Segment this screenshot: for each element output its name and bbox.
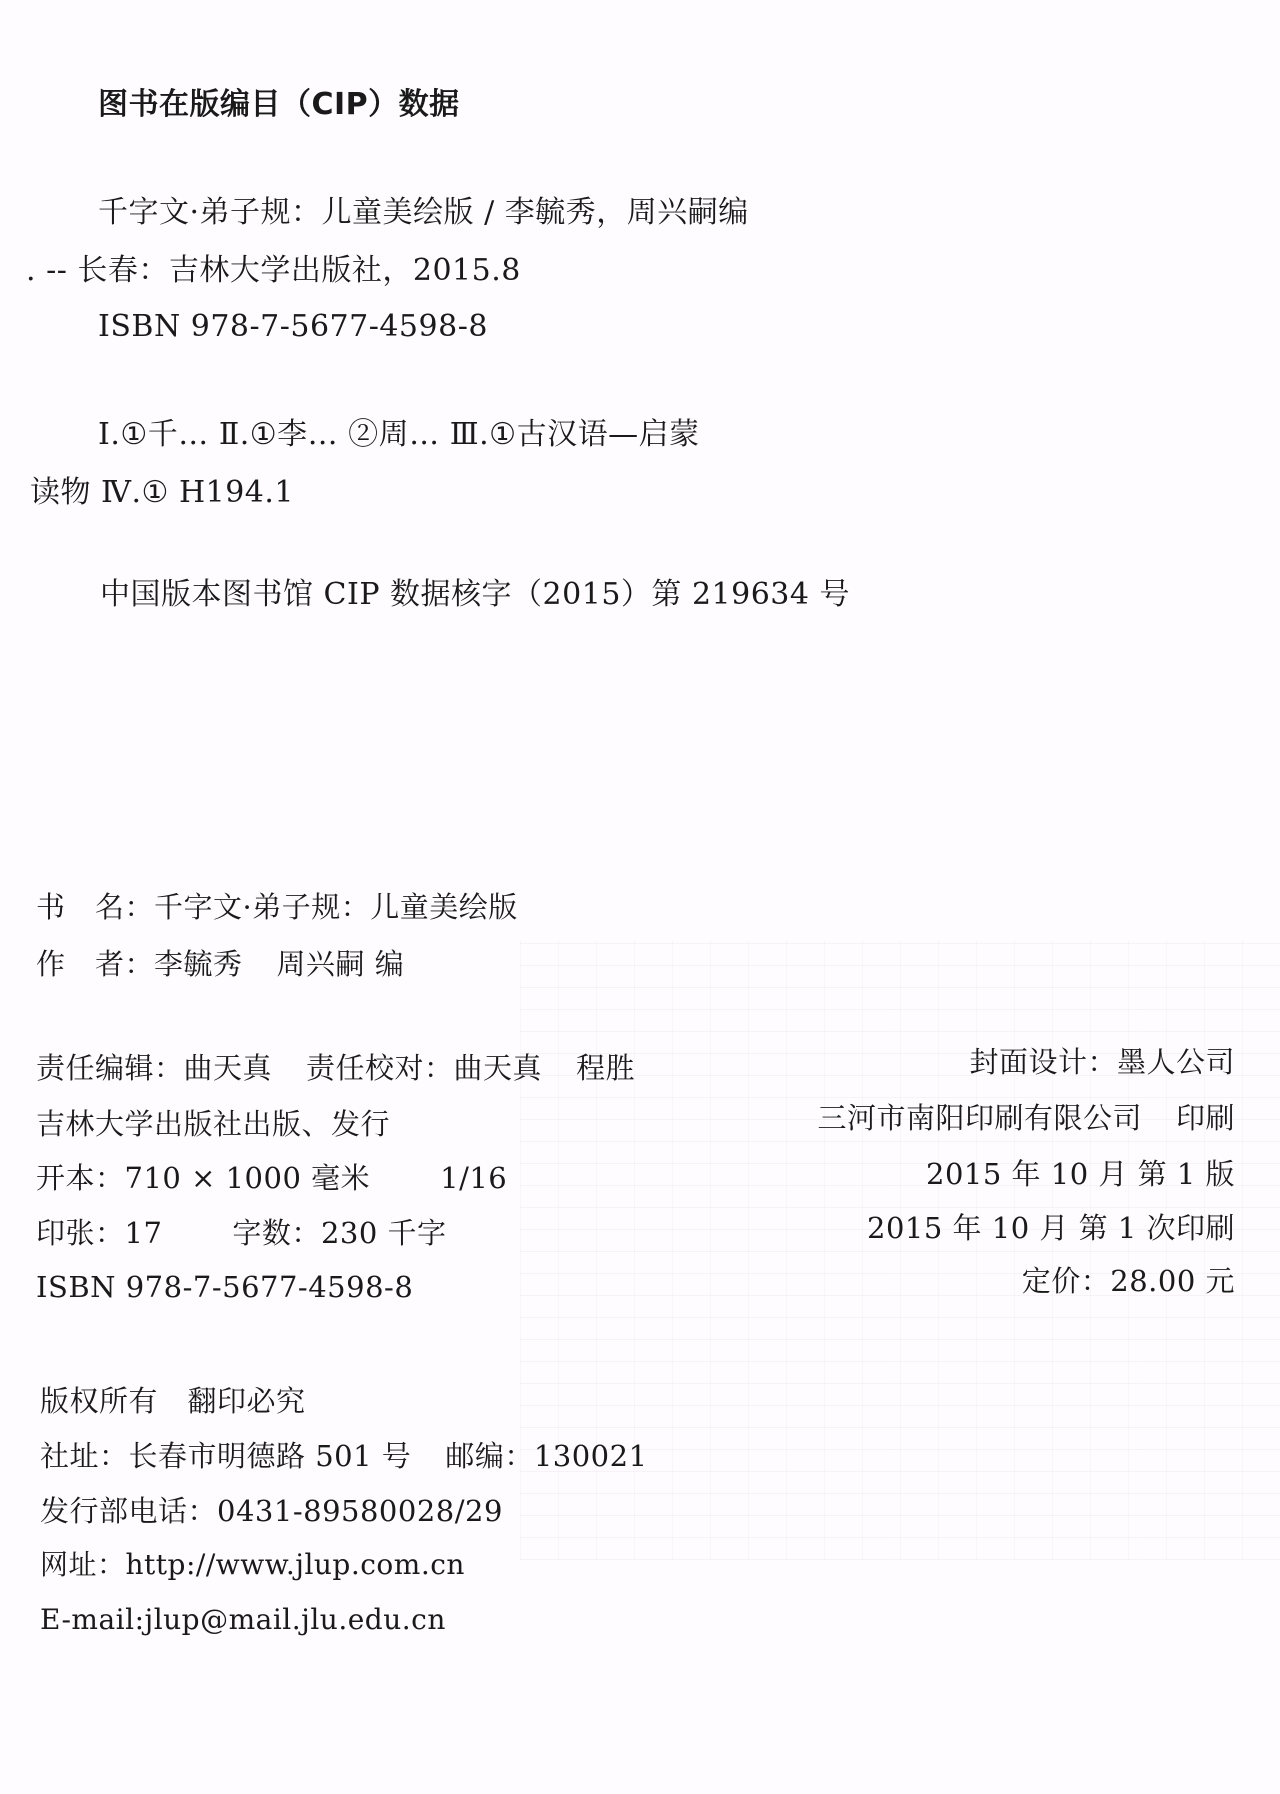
cip-publisher-line: . -- 长春：吉林大学出版社，2015.8	[26, 256, 521, 286]
cip-isbn-line: ISBN 978-7-5677-4598-8	[98, 312, 488, 342]
printer-suffix: 印刷	[1176, 1101, 1235, 1135]
editor-label: 责任编辑：	[36, 1051, 184, 1085]
price-value: 28.00 元	[1110, 1264, 1235, 1298]
phone-row: 发行部电话：0431-89580028/29	[40, 1497, 503, 1526]
cip-subject-line-1: Ⅰ.①千… Ⅱ.①李… ②周… Ⅲ.①古汉语—启蒙	[98, 420, 700, 450]
rights-notice: 版权所有 翻印必究	[40, 1387, 306, 1416]
cip-heading: 图书在版编目（CIP）数据	[98, 90, 460, 120]
words-value: 230 千字	[321, 1216, 447, 1250]
format-label: 开本：	[36, 1161, 125, 1195]
book-title-value: 千字文·弟子规：儿童美绘版	[154, 890, 518, 924]
sheets-label: 印张：	[36, 1216, 125, 1250]
printer-row: 三河市南阳印刷有限公司印刷	[817, 1104, 1235, 1133]
words-label: 字数：	[232, 1216, 321, 1250]
printer-name: 三河市南阳印刷有限公司	[817, 1101, 1142, 1135]
address-row: 社址：长春市明德路 501 号邮编：130021	[40, 1442, 648, 1471]
format-ratio: 1/16	[440, 1161, 507, 1195]
price-label: 定价：	[1022, 1264, 1111, 1298]
zip-value: 130021	[534, 1439, 648, 1473]
proofreader-value-2: 程胜	[576, 1051, 635, 1085]
book-author-value-1: 李毓秀	[154, 947, 243, 981]
book-author-label: 作 者：	[36, 947, 154, 981]
book-author-row: 作 者：李毓秀周兴嗣 编	[36, 950, 404, 979]
sheets-value: 17	[125, 1216, 163, 1250]
proofreader-label: 责任校对：	[306, 1051, 454, 1085]
credits-isbn: ISBN 978-7-5677-4598-8	[36, 1273, 413, 1302]
cover-value: 墨人公司	[1117, 1045, 1235, 1079]
editor-proofreader-row: 责任编辑：曲天真责任校对：曲天真程胜	[36, 1054, 635, 1083]
zip-label: 邮编：	[445, 1439, 534, 1473]
proofreader-value-1: 曲天真	[454, 1051, 543, 1085]
format-row: 开本：710 × 1000 毫米1/16	[36, 1164, 507, 1193]
phone-label: 发行部电话：	[40, 1494, 217, 1528]
address-label: 社址：	[40, 1439, 129, 1473]
cover-label: 封面设计：	[969, 1045, 1117, 1079]
book-title-row: 书 名：千字文·弟子规：儿童美绘版	[36, 893, 518, 922]
website-row: 网址：http://www.jlup.com.cn	[40, 1551, 465, 1579]
edition-text: 2015 年 10 月 第 1 版	[926, 1160, 1235, 1189]
phone-value: 0431-89580028/29	[217, 1494, 503, 1528]
book-title-label: 书 名：	[36, 890, 154, 924]
email-link[interactable]: E-mail:jlup@mail.jlu.edu.cn	[40, 1606, 446, 1634]
editor-value: 曲天真	[184, 1051, 273, 1085]
cover-design-row: 封面设计：墨人公司	[969, 1048, 1235, 1077]
website-link[interactable]: http://www.jlup.com.cn	[126, 1548, 465, 1581]
website-label: 网址：	[40, 1548, 126, 1581]
book-author-value-2: 周兴嗣 编	[277, 947, 405, 981]
address-value: 长春市明德路 501 号	[129, 1439, 412, 1473]
cip-subject-line-2: 读物 Ⅳ.① H194.1	[30, 478, 294, 508]
printing-text: 2015 年 10 月 第 1 次印刷	[867, 1214, 1235, 1243]
price-row: 定价：28.00 元	[1022, 1267, 1235, 1296]
cip-title-line: 千字文·弟子规：儿童美绘版 / 李毓秀，周兴嗣编	[98, 198, 749, 228]
publisher-text: 吉林大学出版社出版、发行	[36, 1110, 390, 1139]
format-value: 710 × 1000 毫米	[125, 1161, 371, 1195]
sheets-words-row: 印张：17字数：230 千字	[36, 1219, 447, 1248]
cip-verification: 中国版本图书馆 CIP 数据核字（2015）第 219634 号	[100, 580, 850, 610]
